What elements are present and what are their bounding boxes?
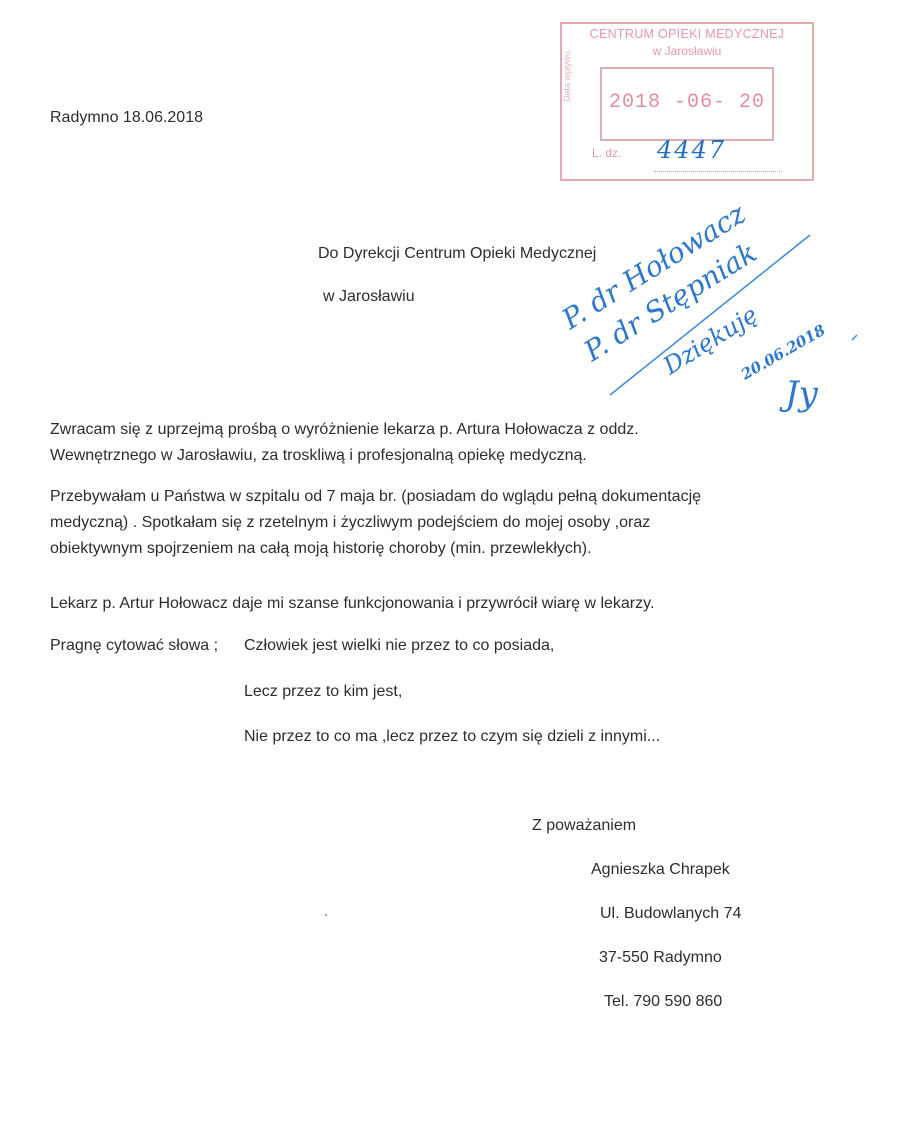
scan-speck (325, 914, 327, 916)
quote-line-2: Lecz przez to kim jest, (244, 682, 402, 702)
annotation-initials: Jy (779, 374, 819, 414)
paragraph-1-line: Wewnętrznego w Jarosławiu, za troskliwą … (50, 443, 639, 469)
quote-line-3: Nie przez to co ma ,lecz przez to czym s… (244, 727, 660, 747)
paragraph-2-line: Przebywałam u Państwa w szpitalu od 7 ma… (50, 484, 701, 510)
paragraph-2-line: obiektywnym spojrzeniem na całą moją his… (50, 536, 701, 562)
quote-line-1: Człowiek jest wielki nie przez to co pos… (244, 636, 554, 656)
sender-phone: Tel. 790 590 860 (604, 992, 722, 1012)
stamp-register-label: L. dz. (592, 146, 621, 160)
place-date: Radymno 18.06.2018 (50, 108, 203, 128)
closing: Z poważaniem (532, 816, 636, 836)
stamp-side-label: Data wpływu (562, 51, 572, 102)
sender-city: 37-550 Radymno (599, 948, 722, 968)
stamp-date-box: 2018 -06- 20 (600, 67, 774, 141)
stamp-register-number: 4447 (657, 136, 726, 164)
handwritten-annotation: P. dr Hołowacz P. dr Stępniak Dziękuję 2… (560, 190, 880, 420)
stamp-received-date: 2018 -06- 20 (602, 91, 772, 114)
received-stamp: CENTRUM OPIEKI MEDYCZNEJ w Jarosławiu Da… (560, 22, 814, 181)
stamp-institution: CENTRUM OPIEKI MEDYCZNEJ (562, 27, 812, 41)
paragraph-3: Lekarz p. Artur Hołowacz daje mi szanse … (50, 594, 654, 614)
sender-name: Agnieszka Chrapek (591, 860, 730, 880)
stamp-city: w Jarosławiu (562, 44, 812, 58)
paragraph-2-line: medyczną) . Spotkałam się z rzetelnym i … (50, 510, 701, 536)
recipient-line2: w Jarosławiu (323, 287, 415, 307)
sender-street: Ul. Budowlanych 74 (600, 904, 741, 924)
paragraph-1: Zwracam się z uprzejmą prośbą o wyróżnie… (50, 417, 639, 469)
annotation-dash (852, 335, 857, 340)
stamp-register-line (654, 171, 782, 172)
recipient-line1: Do Dyrekcji Centrum Opieki Medycznej (318, 244, 596, 264)
paragraph-1-line: Zwracam się z uprzejmą prośbą o wyróżnie… (50, 417, 639, 443)
quote-intro: Pragnę cytować słowa ; (50, 636, 218, 656)
paragraph-2: Przebywałam u Państwa w szpitalu od 7 ma… (50, 484, 701, 562)
